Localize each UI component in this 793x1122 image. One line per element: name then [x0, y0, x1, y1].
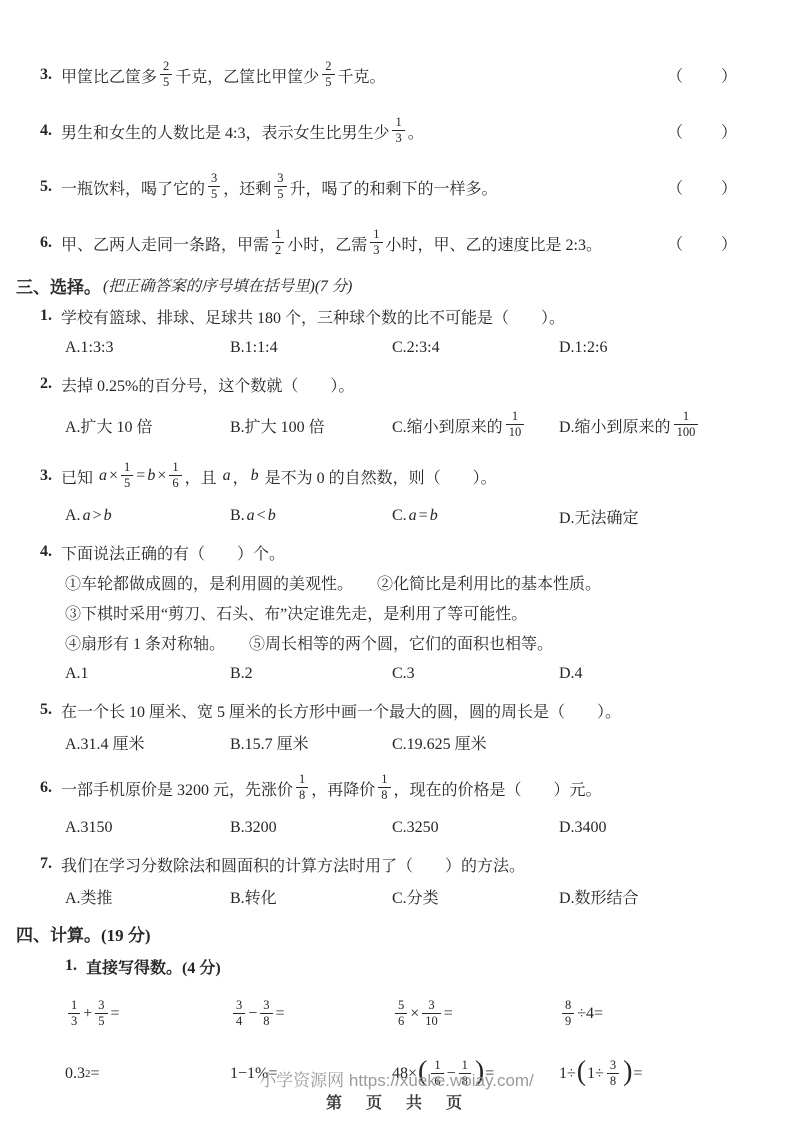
fraction-numerator: 8: [562, 998, 574, 1013]
text-segment: 甲、乙两人走同一条路，甲需: [61, 232, 269, 255]
options-row: A.1B.2C.3D.4: [65, 660, 753, 688]
text-segment: ，且: [185, 465, 221, 488]
text-segment: D.1:2:6: [559, 339, 607, 357]
option: D.无法确定: [559, 505, 753, 528]
fraction-numerator: 1: [370, 227, 382, 242]
text-segment: B.15.7 厘米: [230, 731, 309, 754]
fraction-denominator: 8: [378, 788, 390, 802]
fraction: 13: [68, 998, 80, 1028]
fraction-denominator: 9: [562, 1014, 574, 1028]
italic-variable: a: [223, 467, 231, 485]
option: A.类推: [65, 885, 230, 908]
options-row: A.扩大 10 倍B.扩大 100 倍C.缩小到原来的110D.缩小到原来的11…: [65, 402, 753, 448]
text-segment: =: [136, 467, 145, 485]
statement-line: ③下棋时采用“剪刀、石头、布”决定谁先走，是利用了等可能性。: [65, 600, 753, 630]
option: D.3400: [559, 819, 753, 837]
text-segment: C.分类: [392, 885, 439, 908]
item-number: 3.: [40, 467, 52, 485]
answer-bracket: （ ）: [667, 176, 739, 199]
page-number-line: 第 页 共 页: [0, 1092, 793, 1116]
fraction-numerator: 3: [422, 998, 441, 1013]
judge-section: 3.甲筐比乙筐多25千克，乙筐比甲筐少25千克。（ ）4.男生和女生的人数比是 …: [40, 52, 753, 266]
text-segment: A.1: [65, 665, 89, 683]
option: C.3: [392, 665, 559, 683]
choice-question: 4.下面说法正确的有（ ）个。①车轮都做成圆的，是利用圆的美观性。 ②化简比是利…: [40, 538, 753, 688]
fraction-numerator: 3: [208, 171, 220, 186]
judge-item: 6.甲、乙两人走同一条路，甲需12小时，乙需13小时，甲、乙的速度比是 2:3。…: [40, 220, 753, 266]
text-segment: <: [257, 507, 266, 525]
stem-text: 下面说法正确的有（ ）个。: [61, 541, 285, 564]
options-row: A.31.4 厘米B.15.7 厘米C.19.625 厘米: [65, 728, 753, 756]
option: B.转化: [230, 885, 392, 908]
option: D.数形结合: [559, 885, 753, 908]
text-segment: 千克。: [338, 64, 386, 87]
text-segment: ×: [157, 467, 166, 485]
italic-variable: b: [104, 507, 112, 525]
text-segment: 去掉 0.25%的百分号，这个数就（ ）。: [61, 373, 354, 396]
option: C.分类: [392, 885, 559, 908]
text-segment: >: [93, 507, 102, 525]
calc-cell: 34−38=: [230, 999, 392, 1029]
fraction: 89: [562, 998, 574, 1028]
fraction-numerator: 1: [68, 998, 80, 1013]
text-segment: B.3200: [230, 819, 277, 837]
stem-text: 学校有篮球、排球、足球共 180 个，三种球个数的比不可能是（ ）。: [61, 305, 565, 328]
fraction-denominator: 3: [392, 131, 404, 145]
fraction-numerator: 1: [169, 460, 181, 475]
text-segment: A.: [65, 507, 81, 525]
fraction-denominator: 5: [95, 1014, 107, 1028]
stem-text: 已知 a×15=b×16，且 a，b 是不为 0 的自然数，则（ ）。: [61, 461, 497, 491]
text-segment: 学校有篮球、排球、足球共 180 个，三种球个数的比不可能是（ ）。: [61, 305, 565, 328]
fraction-numerator: 2: [160, 59, 172, 74]
item-number: 7.: [40, 855, 52, 873]
statement-line: ①车轮都做成圆的，是利用圆的美观性。 ②化简比是利用比的基本性质。: [65, 570, 753, 600]
fraction-denominator: 4: [233, 1014, 245, 1028]
item-number: 6.: [40, 234, 52, 252]
fraction-denominator: 3: [370, 243, 382, 257]
text-segment: C.缩小到原来的: [392, 414, 503, 437]
option: B.扩大 100 倍: [230, 414, 392, 437]
text-segment: =: [276, 1005, 285, 1023]
watermark-site-link: 小学资源网 https://xueke.woiay.com/: [0, 1070, 793, 1092]
italic-variable: b: [268, 507, 276, 525]
choice-question: 5.在一个长 10 厘米、宽 5 厘米的长方形中画一个最大的圆，圆的周长是（ ）…: [40, 696, 753, 756]
stem-text: 去掉 0.25%的百分号，这个数就（ ）。: [61, 373, 354, 396]
italic-variable: a: [247, 507, 255, 525]
text-segment: A.31.4 厘米: [65, 731, 145, 754]
option: A.1: [65, 665, 230, 683]
option: B.3200: [230, 819, 392, 837]
fraction-denominator: 100: [674, 425, 699, 439]
text-segment: ÷4=: [577, 1005, 603, 1023]
text-segment: ，还剩: [223, 176, 271, 199]
text-segment: +: [83, 1005, 92, 1023]
fraction: 35: [95, 998, 107, 1028]
fraction-numerator: 3: [260, 998, 272, 1013]
fraction: 25: [322, 59, 334, 89]
choice-section-note: (把正确答案的序号填在括号里)(7 分): [103, 274, 352, 296]
fraction: 110: [506, 409, 525, 439]
text-segment: B.扩大 100 倍: [230, 414, 325, 437]
item-number: 4.: [40, 122, 52, 140]
text-segment: A.扩大 10 倍: [65, 414, 153, 437]
text-segment: 千克，乙筐比甲筐少: [175, 64, 319, 87]
text-segment: =: [111, 1005, 120, 1023]
question-stem: 5.在一个长 10 厘米、宽 5 厘米的长方形中画一个最大的圆，圆的周长是（ ）…: [40, 696, 753, 724]
choice-section-heading: 三、选择。(把正确答案的序号填在括号里)(7 分): [16, 270, 753, 300]
text-segment: ×: [109, 467, 118, 485]
judge-item: 3.甲筐比乙筐多25千克，乙筐比甲筐少25千克。（ ）: [40, 52, 753, 98]
fraction-denominator: 5: [160, 75, 172, 89]
text-segment: 男生和女生的人数比是 4:3，表示女生比男生少: [61, 120, 389, 143]
text-segment: A.类推: [65, 885, 113, 908]
option: C.a=b: [392, 507, 559, 525]
text-segment: ×: [410, 1005, 419, 1023]
fraction-numerator: 1: [296, 772, 308, 787]
fraction: 18: [296, 772, 308, 802]
text-segment: B.2: [230, 665, 253, 683]
answer-bracket: （ ）: [667, 120, 739, 143]
text-segment: C.2:3:4: [392, 339, 440, 357]
options-row: A.类推B.转化C.分类D.数形结合: [65, 882, 753, 910]
item-text: 一瓶饮料，喝了它的35，还剩35升，喝了的和剩下的一样多。: [61, 172, 498, 202]
text-segment: D.4: [559, 665, 583, 683]
item-number: 6.: [40, 779, 52, 797]
calc-subtitle-label: 直接写得数。(4 分): [86, 955, 221, 978]
page-footer: 小学资源网 https://xueke.woiay.com/ 第 页 共 页: [0, 1070, 793, 1116]
item-number: 5.: [40, 178, 52, 196]
option: C.3250: [392, 819, 559, 837]
option: C.2:3:4: [392, 339, 559, 357]
fraction: 310: [422, 998, 441, 1028]
item-number: 1.: [65, 957, 77, 975]
options-row: A.1:3:3B.1:1:4C.2:3:4D.1:2:6: [65, 334, 753, 362]
choice-question: 1.学校有篮球、排球、足球共 180 个，三种球个数的比不可能是（ ）。A.1:…: [40, 302, 753, 362]
fraction-denominator: 6: [395, 1014, 407, 1028]
item-number: 2.: [40, 375, 52, 393]
fraction-denominator: 3: [68, 1014, 80, 1028]
item-number: 5.: [40, 701, 52, 719]
text-segment: =: [419, 507, 428, 525]
fraction-denominator: 6: [169, 476, 181, 490]
italic-variable: b: [147, 467, 155, 485]
statement-line: ④扇形有 1 条对称轴。 ⑤周长相等的两个圆，它们的面积也相等。: [65, 630, 753, 660]
text-segment: 。: [408, 120, 424, 143]
item-text: 甲、乙两人走同一条路，甲需12小时，乙需13小时，甲、乙的速度比是 2:3。: [61, 228, 602, 258]
text-segment: 小时，乙需: [287, 232, 367, 255]
fraction: 25: [160, 59, 172, 89]
option: C.19.625 厘米: [392, 731, 559, 754]
fraction: 56: [395, 998, 407, 1028]
question-stem: 1.学校有篮球、排球、足球共 180 个，三种球个数的比不可能是（ ）。: [40, 302, 753, 330]
item-number: 3.: [40, 66, 52, 84]
item-text: 甲筐比乙筐多25千克，乙筐比甲筐少25千克。: [61, 60, 386, 90]
question-stem: 4.下面说法正确的有（ ）个。: [40, 538, 753, 566]
fraction-numerator: 1: [378, 772, 390, 787]
fraction: 35: [274, 171, 286, 201]
choice-question: 7.我们在学习分数除法和圆面积的计算方法时用了（ ）的方法。A.类推B.转化C.…: [40, 850, 753, 910]
option: B.2: [230, 665, 392, 683]
text-segment: 甲筐比乙筐多: [61, 64, 157, 87]
text-segment: C.3250: [392, 819, 439, 837]
fraction: 1100: [674, 409, 699, 439]
fraction-denominator: 2: [272, 243, 284, 257]
exam-page: 3.甲筐比乙筐多25千克，乙筐比甲筐少25千克。（ ）4.男生和女生的人数比是 …: [0, 0, 793, 1122]
fraction-numerator: 3: [95, 998, 107, 1013]
fraction-numerator: 1: [392, 115, 404, 130]
text-segment: D.无法确定: [559, 505, 639, 528]
text-segment: C.19.625 厘米: [392, 731, 487, 754]
fraction-denominator: 5: [121, 476, 133, 490]
option: D.1:2:6: [559, 339, 753, 357]
option: B.1:1:4: [230, 339, 392, 357]
fraction-denominator: 10: [506, 425, 525, 439]
text-segment: =: [444, 1005, 453, 1023]
text-segment: D.缩小到原来的: [559, 414, 671, 437]
option: A.a>b: [65, 507, 230, 525]
fraction-numerator: 3: [274, 171, 286, 186]
calc-section-title: 四、计算。(19 分): [16, 921, 151, 946]
text-segment: D.数形结合: [559, 885, 639, 908]
option: A.扩大 10 倍: [65, 414, 230, 437]
fraction: 18: [378, 772, 390, 802]
fraction: 13: [392, 115, 404, 145]
calc-section-heading: 四、计算。(19 分): [16, 918, 753, 948]
italic-variable: a: [99, 467, 107, 485]
option: B.15.7 厘米: [230, 731, 392, 754]
judge-item: 4.男生和女生的人数比是 4:3，表示女生比男生少13。（ ）: [40, 108, 753, 154]
fraction-denominator: 10: [422, 1014, 441, 1028]
italic-variable: a: [83, 507, 91, 525]
fraction-numerator: 1: [121, 460, 133, 475]
option: A.1:3:3: [65, 339, 230, 357]
fraction: 38: [260, 998, 272, 1028]
text-segment: 我们在学习分数除法和圆面积的计算方法时用了（ ）的方法。: [61, 853, 525, 876]
option: C.缩小到原来的110: [392, 410, 559, 440]
fraction-numerator: 5: [395, 998, 407, 1013]
fraction-denominator: 8: [260, 1014, 272, 1028]
text-segment: 一瓶饮料，喝了它的: [61, 176, 205, 199]
text-segment: D.3400: [559, 819, 607, 837]
calc-cell: 56×310=: [392, 999, 559, 1029]
item-number: 1.: [40, 307, 52, 325]
italic-variable: b: [430, 507, 438, 525]
fraction-denominator: 5: [322, 75, 334, 89]
choice-section-title: 三、选择。: [16, 273, 101, 298]
option: A.31.4 厘米: [65, 731, 230, 754]
question-stem: 3.已知 a×15=b×16，且 a，b 是不为 0 的自然数，则（ ）。: [40, 452, 753, 500]
text-segment: 是不为 0 的自然数，则（ ）。: [261, 465, 497, 488]
fraction-denominator: 8: [296, 788, 308, 802]
fraction-numerator: 2: [322, 59, 334, 74]
options-row: A.3150B.3200C.3250D.3400: [65, 814, 753, 842]
text-segment: ，: [233, 465, 249, 488]
fraction: 34: [233, 998, 245, 1028]
text-segment: A.1:3:3: [65, 339, 113, 357]
text-segment: 小时，甲、乙的速度比是 2:3。: [386, 232, 602, 255]
answer-bracket: （ ）: [667, 64, 739, 87]
text-segment: 升，喝了的和剩下的一样多。: [290, 176, 498, 199]
option: B.a<b: [230, 507, 392, 525]
question-stem: 6.一部手机原价是 3200 元，先涨价18，再降价18，现在的价格是（ ）元。: [40, 764, 753, 812]
fraction: 16: [169, 460, 181, 490]
stem-text: 我们在学习分数除法和圆面积的计算方法时用了（ ）的方法。: [61, 853, 525, 876]
choice-question: 2.去掉 0.25%的百分号，这个数就（ ）。A.扩大 10 倍B.扩大 100…: [40, 370, 753, 448]
stem-text: 一部手机原价是 3200 元，先涨价18，再降价18，现在的价格是（ ）元。: [61, 773, 602, 803]
text-segment: A.3150: [65, 819, 113, 837]
calc-row: 13+35=34−38=56×310=89÷4=: [65, 988, 753, 1040]
question-stem: 7.我们在学习分数除法和圆面积的计算方法时用了（ ）的方法。: [40, 850, 753, 878]
calc-subtitle: 1. 直接写得数。(4 分): [65, 952, 753, 980]
stem-text: 在一个长 10 厘米、宽 5 厘米的长方形中画一个最大的圆，圆的周长是（ ）。: [61, 699, 621, 722]
text-segment: B.1:1:4: [230, 339, 278, 357]
judge-item: 5.一瓶饮料，喝了它的35，还剩35升，喝了的和剩下的一样多。（ ）: [40, 164, 753, 210]
fraction: 35: [208, 171, 220, 201]
option: D.缩小到原来的1100: [559, 410, 753, 440]
text-segment: ，再降价: [311, 777, 375, 800]
choice-question: 3.已知 a×15=b×16，且 a，b 是不为 0 的自然数，则（ ）。A.a…: [40, 452, 753, 530]
text-segment: C.3: [392, 665, 415, 683]
choice-questions: 1.学校有篮球、排球、足球共 180 个，三种球个数的比不可能是（ ）。A.1:…: [40, 302, 753, 910]
text-segment: C.: [392, 507, 407, 525]
choice-question: 6.一部手机原价是 3200 元，先涨价18，再降价18，现在的价格是（ ）元。…: [40, 764, 753, 842]
fraction-denominator: 5: [208, 187, 220, 201]
italic-variable: a: [409, 507, 417, 525]
fraction-numerator: 1: [506, 409, 525, 424]
text-segment: 在一个长 10 厘米、宽 5 厘米的长方形中画一个最大的圆，圆的周长是（ ）。: [61, 699, 621, 722]
text-segment: ，现在的价格是（ ）元。: [394, 777, 602, 800]
option: A.3150: [65, 819, 230, 837]
fraction: 12: [272, 227, 284, 257]
text-segment: 已知: [61, 465, 97, 488]
fraction: 15: [121, 460, 133, 490]
question-stem: 2.去掉 0.25%的百分号，这个数就（ ）。: [40, 370, 753, 398]
answer-bracket: （ ）: [667, 232, 739, 255]
text-segment: 下面说法正确的有（ ）个。: [61, 541, 285, 564]
calc-cell: 89÷4=: [559, 999, 753, 1029]
fraction-numerator: 1: [674, 409, 699, 424]
fraction: 13: [370, 227, 382, 257]
italic-variable: b: [251, 467, 259, 485]
item-text: 男生和女生的人数比是 4:3，表示女生比男生少13。: [61, 116, 424, 146]
item-number: 4.: [40, 543, 52, 561]
options-row: A.a>bB.a<bC.a=bD.无法确定: [65, 502, 753, 530]
fraction-numerator: 3: [233, 998, 245, 1013]
text-segment: B.: [230, 507, 245, 525]
text-segment: 一部手机原价是 3200 元，先涨价: [61, 777, 293, 800]
option: D.4: [559, 665, 753, 683]
text-segment: B.转化: [230, 885, 277, 908]
fraction-denominator: 5: [274, 187, 286, 201]
text-segment: −: [248, 1005, 257, 1023]
fraction-numerator: 1: [272, 227, 284, 242]
calc-cell: 13+35=: [65, 999, 230, 1029]
